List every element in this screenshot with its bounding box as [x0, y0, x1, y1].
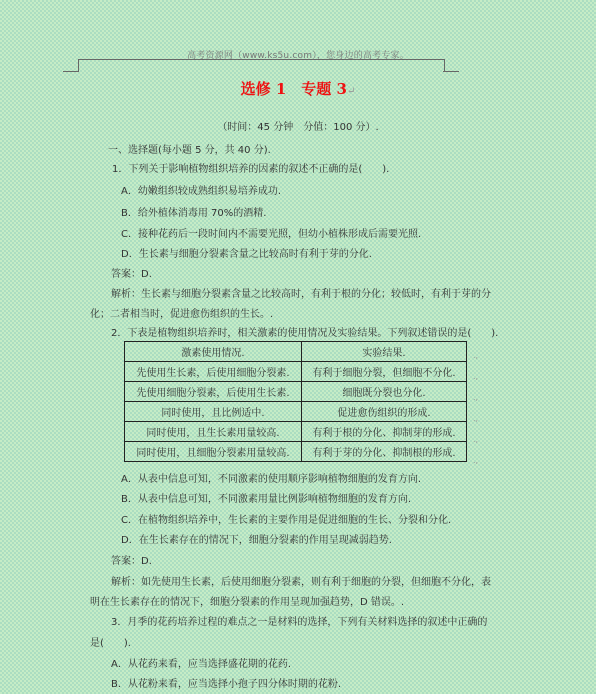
table-cell: 同时使用，且细胞分裂素用量较高.	[125, 442, 302, 462]
table-cell: 有利于根的分化、抑制芽的形成.	[302, 422, 467, 442]
question-3-stem-line2: 是( ).	[90, 634, 131, 649]
hormone-table: 激素使用情况. 实验结果. 先使用生长素，后使用细胞分裂素. 有利于细胞分裂，但…	[124, 341, 467, 462]
title-text: 选修 1 专题 3	[241, 80, 347, 98]
table-cell: 先使用细胞分裂素，后使用生长素.	[125, 382, 302, 402]
row-end-mark-icon: .,	[473, 414, 478, 423]
paragraph-mark-icon: ↵	[347, 86, 355, 97]
row-end-mark-icon: .,	[473, 456, 478, 465]
table-row: 先使用生长素，后使用细胞分裂素. 有利于细胞分裂，但细胞不分化.	[125, 362, 467, 382]
row-end-mark-icon: .,	[473, 372, 478, 381]
q1-option-d: D．生长素与细胞分裂素含量之比较高时有利于芽的分化.	[121, 245, 372, 260]
table-header-cell: 实验结果.	[302, 342, 467, 362]
q2-analysis-line1: 解析：如先使用生长素，后使用细胞分裂素，则有利于细胞的分裂，但细胞不分化，表	[111, 573, 491, 588]
section-heading: 一、选择题(每小题 5 分，共 40 分).	[108, 141, 271, 156]
header-rule	[78, 59, 445, 71]
table-cell: 有利于细胞分裂，但细胞不分化.	[302, 362, 467, 382]
table-row: 同时使用，且细胞分裂素用量较高. 有利于芽的分化、抑制根的形成.	[125, 442, 467, 462]
table-header-cell: 激素使用情况.	[125, 342, 302, 362]
row-end-mark-icon: .,	[473, 393, 478, 402]
question-2-stem: 2．下表是植物组织培养时，相关激素的使用情况及实验结果。下列叙述错误的是( ).	[111, 324, 498, 339]
table-cell: 有利于芽的分化、抑制根的形成.	[302, 442, 467, 462]
q2-option-b: B．从表中信息可知，不同激素用量比例影响植物细胞的发育方向.	[121, 490, 411, 505]
header-rule-right	[443, 71, 459, 72]
q2-analysis-line2: 明在生长素存在的情况下，细胞分裂素的作用呈现加强趋势，D 错误。.	[90, 593, 404, 608]
question-1-stem: 1．下列关于影响植物组织培养的因素的叙述不正确的是( ).	[112, 160, 389, 175]
question-3-stem-line1: 3．月季的花药培养过程的难点之一是材料的选择，下列有关材料选择的叙述中正确的	[111, 613, 487, 628]
table-cell: 同时使用，且生长素用量较高.	[125, 422, 302, 442]
table-cell: 先使用生长素，后使用细胞分裂素.	[125, 362, 302, 382]
q2-answer: 答案：D.	[111, 552, 152, 567]
q2-option-c: C．在植物组织培养中，生长素的主要作用是促进细胞的生长、分裂和分化.	[121, 511, 451, 526]
table-row: 先使用细胞分裂素，后使用生长素. 细胞既分裂也分化.	[125, 382, 467, 402]
table-cell: 促进愈伤组织的形成.	[302, 402, 467, 422]
q1-option-c: C．接种花药后一段时间内不需要光照，但幼小植株形成后需要光照.	[121, 225, 421, 240]
table-row: 同时使用，且生长素用量较高. 有利于根的分化、抑制芽的形成.	[125, 422, 467, 442]
q1-answer: 答案：D.	[111, 265, 152, 280]
exam-info: （时间：45 分钟 分值：100 分）.	[0, 118, 596, 133]
row-end-mark-icon: .,	[473, 351, 478, 360]
q2-option-a: A．从表中信息可知，不同激素的使用顺序影响植物细胞的发育方向.	[121, 470, 421, 485]
document-title: 选修 1 专题 3↵	[0, 78, 596, 99]
q1-analysis-line1: 解析：生长素与细胞分裂素含量之比较高时，有利于根的分化；较低时，有利于芽的分	[111, 285, 491, 300]
q2-option-d: D．在生长素存在的情况下，细胞分裂素的作用呈现减弱趋势.	[121, 531, 392, 546]
table-cell: 细胞既分裂也分化.	[302, 382, 467, 402]
header-rule-left	[63, 71, 79, 72]
table-row: 同时使用，且比例适中. 促进愈伤组织的形成.	[125, 402, 467, 422]
q1-analysis-line2: 化；二者相当时，促进愈伤组织的生长。.	[90, 305, 273, 320]
row-end-mark-icon: .,	[473, 435, 478, 444]
table-header-row: 激素使用情况. 实验结果.	[125, 342, 467, 362]
q1-option-a: A．幼嫩组织较成熟组织易培养成功.	[121, 182, 281, 197]
q3-option-b: B．从花粉来看，应当选择小孢子四分体时期的花粉.	[111, 675, 341, 690]
q1-option-b: B．给外植体消毒用 70%的酒精.	[121, 204, 266, 219]
table-cell: 同时使用，且比例适中.	[125, 402, 302, 422]
q3-option-a: A．从花药来看，应当选择盛花期的花药.	[111, 655, 291, 670]
